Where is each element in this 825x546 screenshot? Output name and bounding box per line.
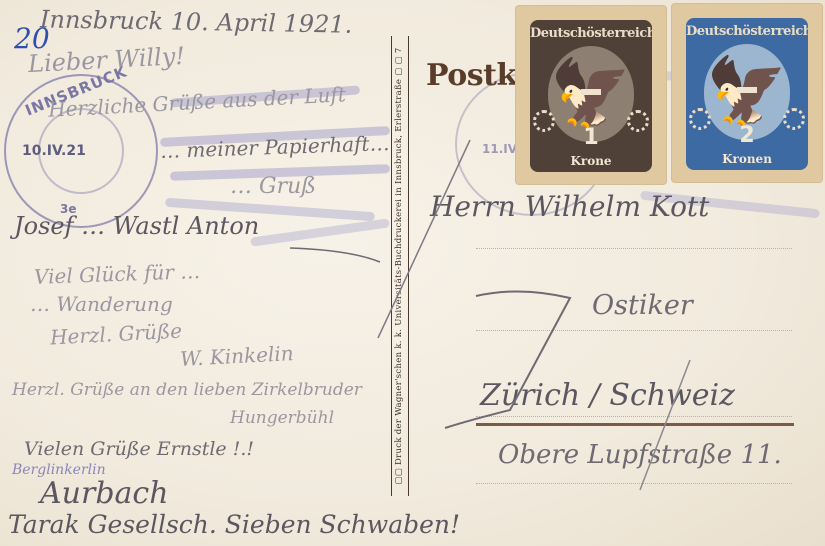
message-line: Hungerbühl bbox=[230, 408, 334, 428]
stamp-denomination: Krone bbox=[530, 154, 652, 168]
message-line: Herzl. Grüße bbox=[49, 319, 182, 350]
message-line: Vielen Grüße Ernstle !.! bbox=[24, 438, 254, 460]
postcard-back: INNSBRUCK 10.IV.21 3e 11.IV ▢▢ Druck der… bbox=[0, 0, 825, 546]
shield-icon bbox=[581, 89, 601, 95]
message-line: Tarak Gesellsch. Sieben Schwaben! bbox=[8, 510, 460, 539]
stamp-value: 2 bbox=[686, 123, 808, 148]
printer-imprint: ▢▢ Druck der Wagner'schen k. k. Universi… bbox=[394, 36, 404, 496]
address-city: Zürich / Schweiz bbox=[480, 378, 735, 413]
stamp-country: Deutschösterreich bbox=[686, 24, 808, 39]
stamp-denomination: Kronen bbox=[686, 152, 808, 166]
address-recipient: Herrn Wilhelm Kott bbox=[430, 190, 709, 223]
stamp-value: 1 bbox=[530, 125, 652, 150]
shield-icon bbox=[737, 87, 757, 93]
message-line: … Gruß bbox=[230, 174, 316, 199]
address-line bbox=[476, 248, 792, 249]
cancellation-wave bbox=[250, 218, 390, 246]
message-line: Aurbach bbox=[40, 476, 169, 511]
stamp-country: Deutschösterreich bbox=[530, 26, 652, 41]
message-line: Herzl. Grüße an den lieben Zirkelbruder bbox=[12, 380, 362, 400]
message-line: W. Kinkelin bbox=[179, 341, 294, 371]
address-underline bbox=[476, 423, 794, 426]
message-line: Viel Glück für … bbox=[34, 259, 201, 289]
message-line: Innsbruck 10. April 1921. bbox=[40, 5, 353, 38]
stamp-2-kronen: Deutschösterreich 🦅 2 Kronen bbox=[672, 4, 822, 182]
stamp-1-krone: Deutschösterreich 🦅 1 Krone bbox=[516, 6, 666, 184]
address-street: Obere Lupfstraße 11. bbox=[498, 440, 782, 470]
message-line: Lieber Willy! bbox=[27, 42, 185, 78]
address-line bbox=[476, 483, 792, 484]
address-line bbox=[476, 330, 792, 331]
address-line-2: Ostiker bbox=[592, 290, 693, 321]
postmark-date: 10.IV.21 bbox=[22, 143, 86, 159]
message-line: Josef … Wastl Anton bbox=[14, 212, 259, 240]
postmark-right-date: 11.IV bbox=[482, 142, 517, 156]
message-line: … Wanderung bbox=[30, 292, 173, 316]
address-line bbox=[476, 416, 792, 417]
